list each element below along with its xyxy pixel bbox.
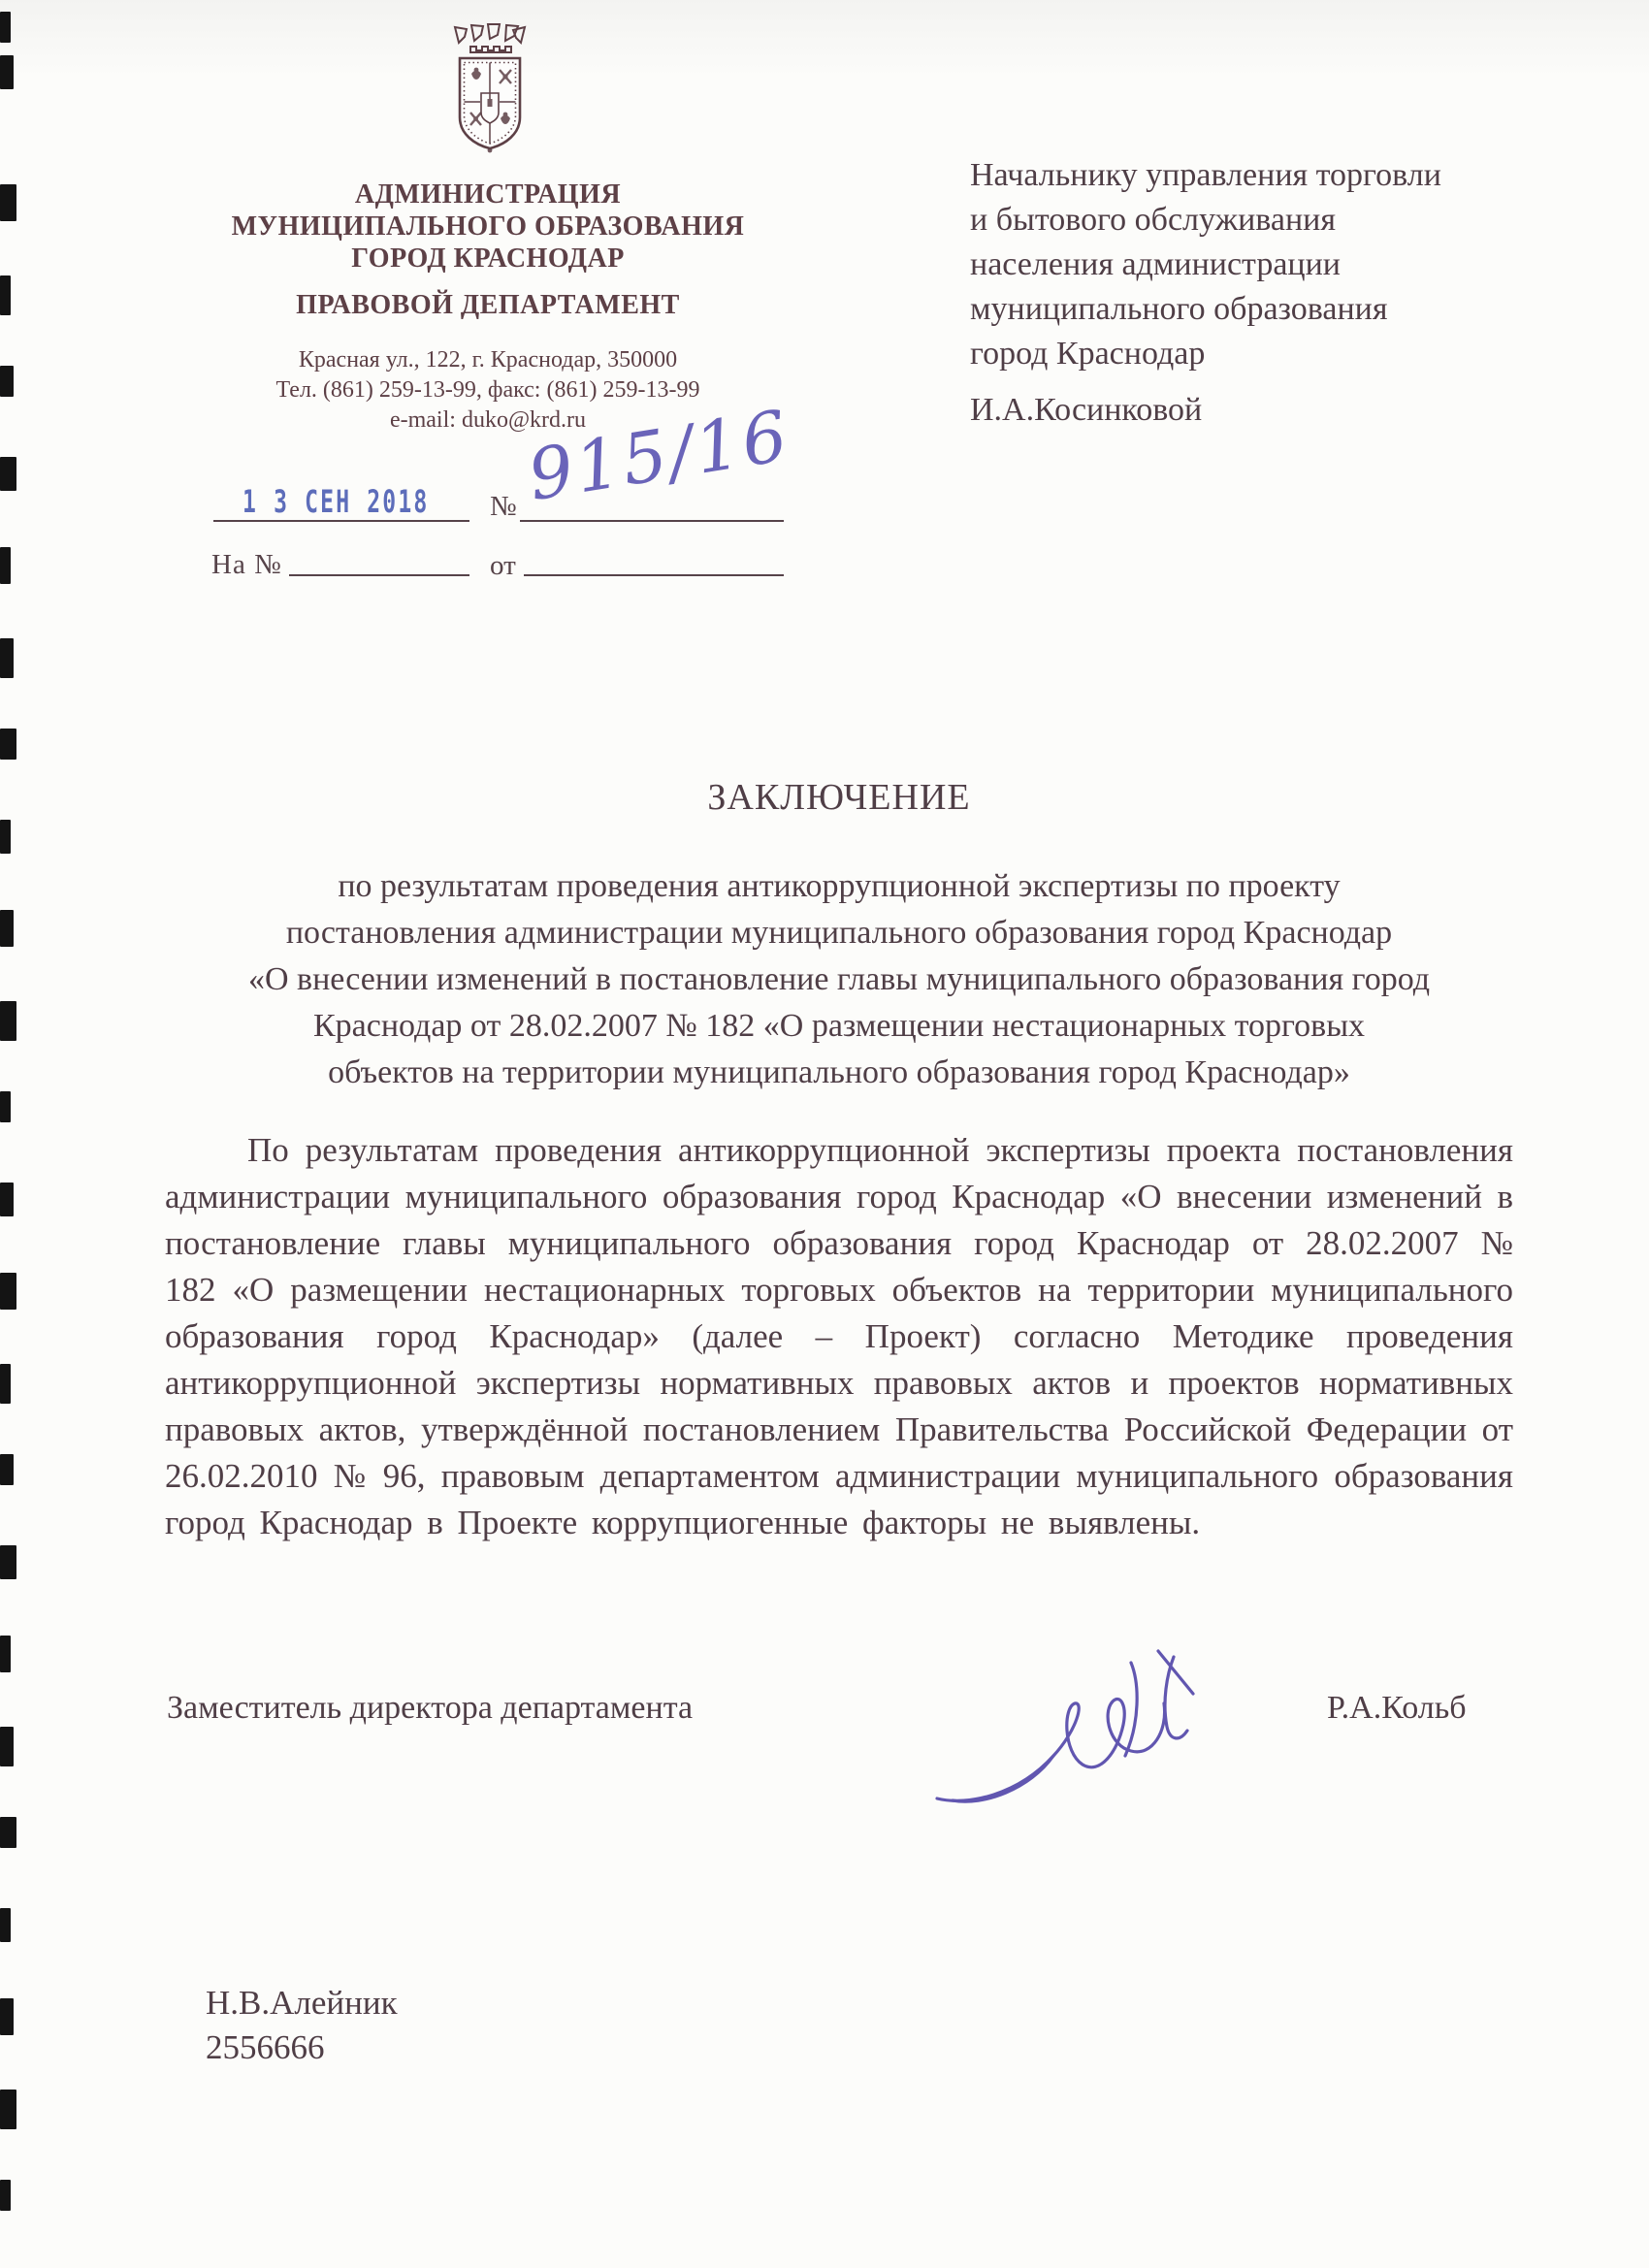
letterhead-address: Красная ул., 122, г. Краснодар, 350000 xyxy=(145,345,830,375)
scan-artifact xyxy=(0,547,11,584)
scan-artifact xyxy=(0,1454,14,1485)
letterhead: АДМИНИСТРАЦИЯ МУНИЦИПАЛЬНОГО ОБРАЗОВАНИЯ… xyxy=(145,178,830,436)
date-underline xyxy=(213,520,469,522)
recipient-line: населения администрации xyxy=(970,243,1533,287)
scan-artifact xyxy=(0,1001,16,1041)
body-paragraph: По результатам проведения антикоррупцион… xyxy=(165,1127,1513,1546)
scan-artifact xyxy=(0,638,14,678)
number-sign: № xyxy=(490,491,517,523)
reply-date-label: от xyxy=(490,550,516,582)
reply-date-underline xyxy=(524,574,784,576)
recipient-line: Начальнику управления торговли xyxy=(970,153,1533,198)
signature-scribble xyxy=(929,1641,1251,1816)
scan-artifact xyxy=(0,1727,14,1766)
krasnodar-coat-of-arms-icon xyxy=(445,23,534,155)
scan-artifact xyxy=(0,910,14,947)
scan-artifact xyxy=(0,1183,14,1216)
reply-to-label: На № xyxy=(211,549,282,581)
subtitle-line: Краснодар от 28.02.2007 № 182 «О размеще… xyxy=(165,1003,1513,1050)
number-underline xyxy=(520,520,784,522)
scan-artifact xyxy=(0,729,16,760)
executor-phone: 2556666 xyxy=(206,2025,398,2070)
recipient-name: И.А.Косинковой xyxy=(970,392,1202,429)
scan-artifact xyxy=(0,1273,16,1310)
scan-artifact xyxy=(0,55,14,89)
scan-artifact xyxy=(0,12,11,43)
subtitle-line: объектов на территории муниципального об… xyxy=(165,1050,1513,1096)
scan-artifact xyxy=(0,275,11,315)
executor-block: Н.В.Алейник 2556666 xyxy=(206,1981,398,2070)
scan-artifact xyxy=(0,1908,11,1942)
org-name-line: ГОРОД КРАСНОДАР xyxy=(145,243,830,275)
letterhead-phone-fax: Тел. (861) 259-13-99, факс: (861) 259-13… xyxy=(145,375,830,405)
executor-name: Н.В.Алейник xyxy=(206,1981,398,2025)
scan-artifact xyxy=(0,457,16,491)
document-subtitle: по результатам проведения антикоррупцион… xyxy=(165,863,1513,1096)
org-name-line: АДМИНИСТРАЦИЯ xyxy=(145,178,830,211)
recipient-block: Начальнику управления торговли и бытовог… xyxy=(970,153,1533,376)
scan-artifact xyxy=(0,2090,16,2129)
recipient-line: и бытового обслуживания xyxy=(970,198,1533,243)
scan-artifact xyxy=(0,1364,11,1404)
subtitle-line: постановления администрации муниципально… xyxy=(165,910,1513,956)
signer-name: Р.А.Кольб xyxy=(1327,1690,1467,1727)
scan-artifact xyxy=(0,366,14,397)
scan-artifact xyxy=(0,184,16,221)
document-title: ЗАКЛЮЧЕНИЕ xyxy=(165,776,1513,819)
recipient-line: муниципального образования xyxy=(970,287,1533,332)
date-stamp: 1 3 СЕН 2018 xyxy=(242,483,429,520)
scan-artifact xyxy=(0,1545,16,1579)
scan-artifact xyxy=(0,820,11,854)
reply-number-underline xyxy=(289,574,469,576)
scanned-letter-page: АДМИНИСТРАЦИЯ МУНИЦИПАЛЬНОГО ОБРАЗОВАНИЯ… xyxy=(0,0,1649,2268)
scan-artifact xyxy=(0,2180,11,2211)
org-name-line: МУНИЦИПАЛЬНОГО ОБРАЗОВАНИЯ xyxy=(145,211,830,243)
recipient-line: город Краснодар xyxy=(970,332,1533,376)
scan-artifact xyxy=(0,1998,14,2035)
signer-position: Заместитель директора департамента xyxy=(167,1690,693,1727)
subtitle-line: по результатам проведения антикоррупцион… xyxy=(165,863,1513,910)
scan-artifact xyxy=(0,1636,11,1672)
scan-artifact xyxy=(0,1817,16,1848)
subtitle-line: «О внесении изменений в постановление гл… xyxy=(165,956,1513,1003)
scan-artifact xyxy=(0,1091,11,1122)
department-name: ПРАВОВОЙ ДЕПАРТАМЕНТ xyxy=(145,289,830,321)
